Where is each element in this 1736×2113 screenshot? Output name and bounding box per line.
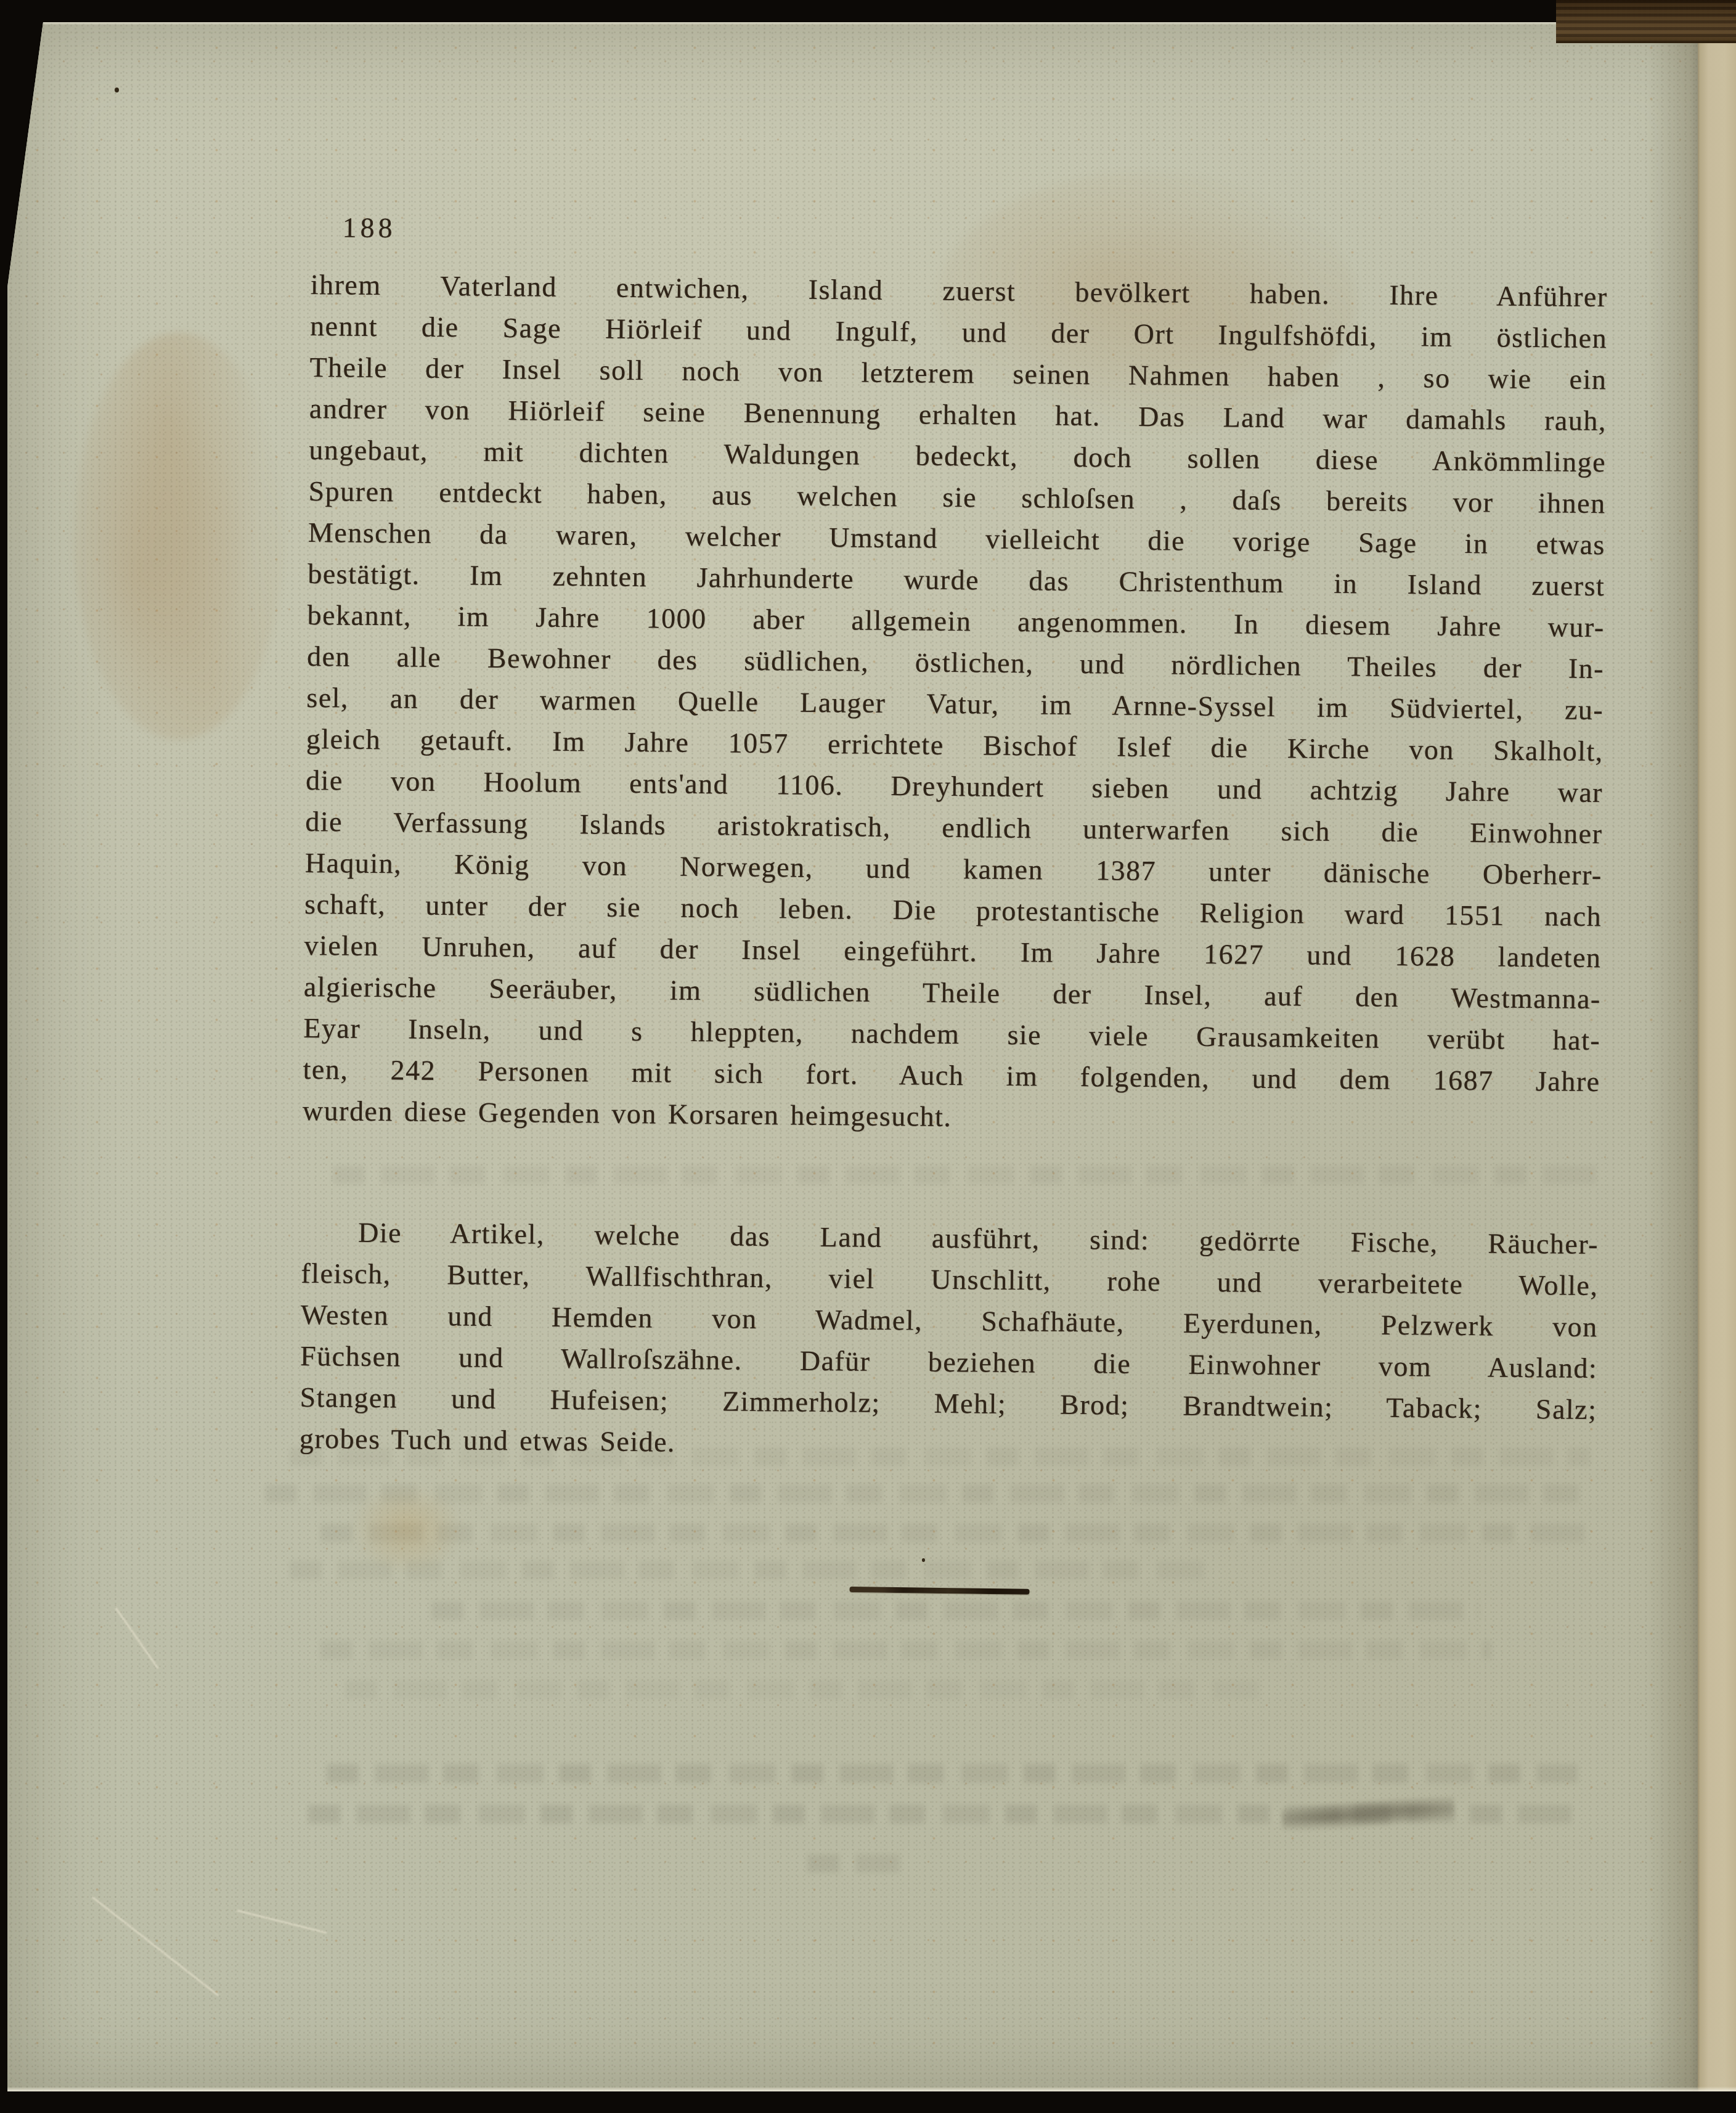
bleed-through-line (320, 1641, 1491, 1659)
paper-scratch (92, 1896, 219, 1996)
gutter-shadow (1647, 35, 1702, 2091)
ink-speck (115, 88, 119, 92)
printed-text-layer: 188 ihrem Vaterland entwichen, Island zu… (311, 211, 1608, 223)
ink-speck (922, 1558, 925, 1562)
bleed-through-line (265, 1484, 1584, 1503)
stain (74, 333, 283, 740)
scanned-book-page: { "page": { "number": "188", "paragraphs… (0, 0, 1736, 2113)
book-page-paper: 188 ihrem Vaterland entwichen, Island zu… (7, 22, 1736, 2091)
section-divider-rule (850, 1587, 1030, 1595)
paper-scratch (115, 1607, 158, 1669)
page-number: 188 (342, 211, 396, 244)
paper-scratch (237, 1910, 327, 1934)
book-binding (1556, 0, 1736, 43)
stain (345, 1479, 468, 1578)
bleed-through-line (290, 1561, 1214, 1579)
ink-smudge (1281, 1797, 1455, 1833)
bleed-through-line (345, 1680, 1269, 1699)
next-page-edge (1698, 41, 1736, 2091)
bleed-through-line (431, 1601, 1479, 1620)
bleed-through-line (807, 1854, 900, 1873)
text-block: ihrem Vaterland entwichen, Island zuerst… (300, 264, 1608, 1471)
paragraph-history: ihrem Vaterland entwichen, Island zuerst… (303, 264, 1608, 1143)
bleed-through-line (320, 1524, 1590, 1542)
paragraph-exports: Die Artikel, welche das Land ausführt, s… (300, 1211, 1599, 1471)
bleed-through-line (327, 1764, 1578, 1783)
